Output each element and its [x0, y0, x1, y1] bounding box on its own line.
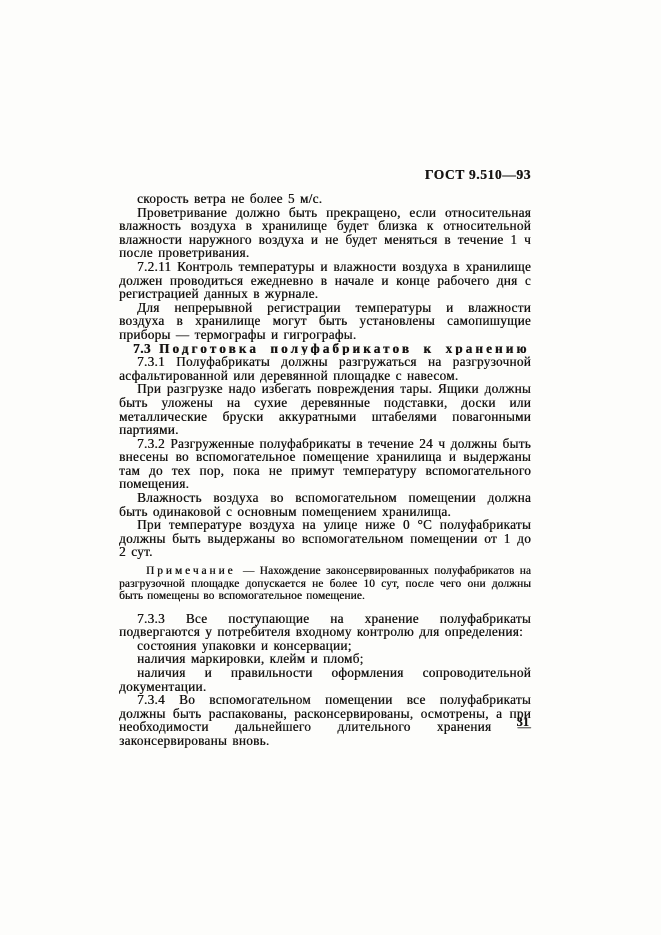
standard-number-header: ГОСТ 9.510—93: [119, 167, 531, 183]
section-number: 7.3: [133, 342, 151, 356]
paragraph: При температуре воздуха на улице ниже 0 …: [119, 518, 531, 559]
list-item: состояния упаковки и консервации;: [119, 639, 531, 653]
paragraph: Для непрерывной регистрации температуры …: [119, 301, 531, 342]
note-block: Примечание — Нахождение законсервированн…: [119, 565, 531, 603]
paragraph: Проветривание должно быть прекращено, ес…: [119, 206, 531, 260]
section-heading-7-3: 7.3Подготовка полуфабрикатов к хранению: [119, 342, 531, 356]
paragraph: Влажность воздуха во вспомогательном пом…: [119, 491, 531, 518]
list-item: наличия и правильности оформления сопров…: [119, 666, 531, 693]
paragraph: скорость ветра не более 5 м/с.: [119, 192, 531, 206]
paragraph-clause-7-3-1: 7.3.1 Полуфабрикаты должны разгружаться …: [119, 355, 531, 382]
page-body-text: скорость ветра не более 5 м/с. Проветрив…: [119, 192, 531, 747]
note-label: Примечание: [146, 565, 236, 577]
page-number: 31: [119, 715, 529, 730]
paragraph: При разгрузке надо избегать повреждения …: [119, 382, 531, 436]
paragraph-clause-7-2-11: 7.2.11 Контроль температуры и влажности …: [119, 260, 531, 301]
list-item: наличия маркировки, клейм и пломб;: [119, 652, 531, 666]
section-title: Подготовка полуфабрикатов к хранению: [159, 342, 530, 356]
document-page: ГОСТ 9.510—93 скорость ветра не более 5 …: [0, 0, 661, 935]
paragraph-clause-7-3-3: 7.3.3 Все поступающие на хранение полуфа…: [119, 612, 531, 639]
paragraph-clause-7-3-2: 7.3.2 Разгруженные полуфабрикаты в течен…: [119, 437, 531, 491]
